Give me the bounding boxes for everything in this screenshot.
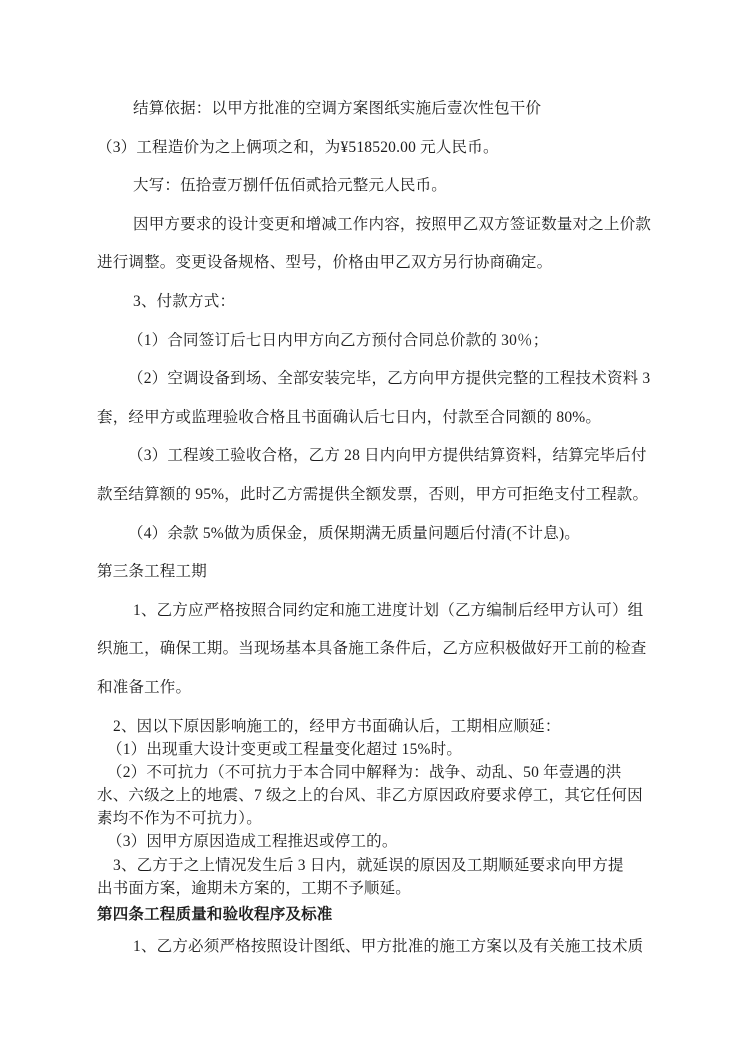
section-heading-4: 第四条工程质量和验收程序及标准 xyxy=(97,902,657,928)
doc-line: （1）出现重大设计变更或工程量变化超过 15%时。 xyxy=(97,738,657,761)
doc-line: 款至结算额的 95%，此时乙方需提供全额发票，否则，甲方可拒绝支付工程款。 xyxy=(97,476,657,515)
doc-line: （1）合同签订后七日内甲方向乙方预付合同总价款的 30％； xyxy=(97,322,657,361)
section-heading-3: 第三条工程工期 xyxy=(97,553,657,592)
doc-line: 结算依据：以甲方批准的空调方案图纸实施后壹次性包干价 xyxy=(97,90,657,129)
doc-line: 2、因以下原因影响施工的，经甲方书面确认后，工期相应顺延： xyxy=(97,715,657,738)
doc-line: （4）余款 5%做为质保金，质保期满无质量问题后付清(不计息)。 xyxy=(97,515,657,554)
doc-line: 因甲方要求的设计变更和增减工作内容，按照甲乙双方签证数量对之上价款 xyxy=(97,206,657,245)
doc-line: 3、乙方于之上情况发生后 3 日内，就延误的原因及工期顺延要求向甲方提 xyxy=(97,854,657,877)
doc-line: 织施工，确保工期。当现场基本具备施工条件后，乙方应积极做好开工前的检查 xyxy=(97,630,657,669)
doc-line: 3、付款方式： xyxy=(97,283,657,322)
doc-line: （3）工程造价为之上俩项之和，为¥518520.00 元人民币。 xyxy=(97,129,657,168)
doc-line: 水、六级之上的地震、7 级之上的台风、非乙方原因政府要求停工，其它任何因 xyxy=(97,784,657,807)
doc-line: 1、乙方必须严格按照设计图纸、甲方批准的施工方案以及有关施工技术质 xyxy=(97,928,657,967)
doc-line: 出书面方案，逾期未方案的，工期不予顺延。 xyxy=(97,877,657,900)
doc-line: 大写：伍拾壹万捌仟伍佰贰拾元整元人民币。 xyxy=(97,167,657,206)
document-body: 结算依据：以甲方批准的空调方案图纸实施后壹次性包干价 （3）工程造价为之上俩项之… xyxy=(97,90,657,967)
doc-line: （3）工程竣工验收合格，乙方 28 日内向甲方提供结算资料，结算完毕后付 xyxy=(97,437,657,476)
doc-line: （3）因甲方原因造成工程推迟或停工的。 xyxy=(97,830,657,853)
doc-line: 套，经甲方或监理验收合格且书面确认后七日内，付款至合同额的 80%。 xyxy=(97,399,657,438)
doc-line: （2）不可抗力（不可抗力于本合同中解释为：战争、动乱、50 年壹遇的洪 xyxy=(97,761,657,784)
document-page: 结算依据：以甲方批准的空调方案图纸实施后壹次性包干价 （3）工程造价为之上俩项之… xyxy=(0,0,744,1052)
doc-line: 进行调整。变更设备规格、型号，价格由甲乙双方另行协商确定。 xyxy=(97,244,657,283)
doc-line: （2）空调设备到场、全部安装完毕，乙方向甲方提供完整的工程技术资料 3 xyxy=(97,360,657,399)
doc-line: 素均不作为不可抗力）。 xyxy=(97,807,657,830)
doc-line: 1、乙方应严格按照合同约定和施工进度计划（乙方编制后经甲方认可）组 xyxy=(97,592,657,631)
doc-line: 和准备工作。 xyxy=(97,669,657,708)
